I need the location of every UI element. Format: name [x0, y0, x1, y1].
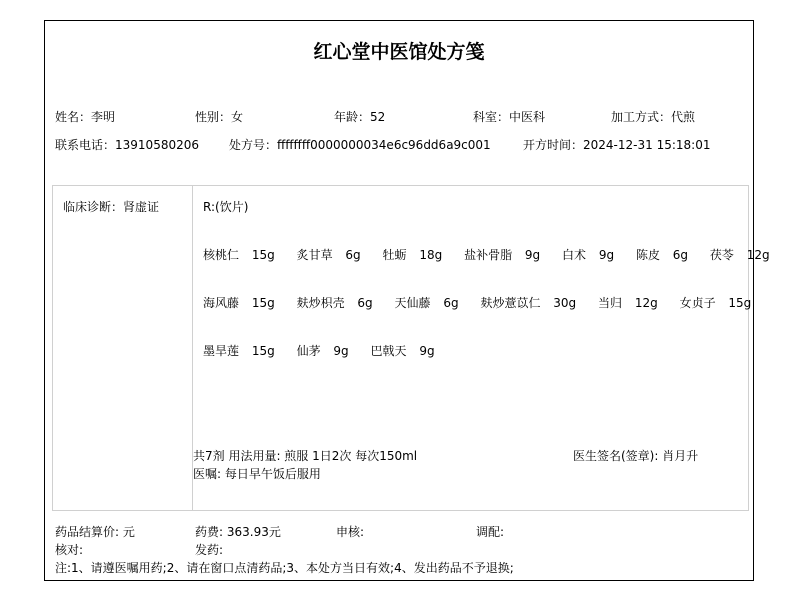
footer-row-3: 注:1、请遵医嘱用药;2、请在窗口点清药品;3、本处方当日有效;4、发出药品不予… — [55, 559, 743, 577]
patient-info-row-1: 姓名：李明 性别：女 年龄：52 科室：中医科 加工方式：代煎 — [55, 108, 743, 126]
diagnosis-value: 肾虚证 — [123, 200, 159, 214]
herb-item: 女贞子 15g — [680, 296, 761, 310]
herb-item: 当归 12g — [598, 296, 667, 310]
prescription-sheet: 红心堂中医馆处方笺 姓名：李明 性别：女 年龄：52 科室：中医科 加工方式：代… — [44, 20, 754, 581]
diagnosis-panel: 临床诊断：肾虚证 — [53, 186, 193, 510]
herb-item: 陈皮 6g — [636, 248, 697, 262]
dispense-field: 发药: — [195, 541, 223, 559]
rx-time: 2024-12-31 15:18:01 — [583, 138, 710, 152]
patient-name: 李明 — [91, 110, 115, 124]
herb-line-3: 墨旱莲 15g 仙茅 9g 巴戟天 9g — [203, 342, 453, 359]
patient-info-row-2: 联系电话：13910580206 处方号：ffffffff0000000034e… — [55, 136, 743, 154]
herb-item: 核桃仁 15g — [203, 248, 284, 262]
herb-item: 天仙藤 6g — [395, 296, 468, 310]
patient-age-field: 年龄：52 — [334, 108, 385, 125]
footer: 药品结算价: 元 药费: 363.93元 申核: 调配: 核对: 发药: 注:1… — [55, 523, 743, 577]
footer-row-2: 核对: 发药: — [55, 541, 743, 559]
herb-item: 海风藤 15g — [203, 296, 284, 310]
dosage-usage: 共7剂 用法用量: 煎服 1日2次 每次150ml — [193, 447, 417, 465]
rx-number-field: 处方号：ffffffff0000000034e6c96dd6a9c001 — [229, 136, 491, 153]
patient-gender-field: 性别：女 — [195, 108, 243, 125]
herb-item: 仙茅 9g — [297, 344, 358, 358]
settlement-price: 药品结算价: 元 — [55, 523, 135, 541]
doctor-name: 肖月升 — [662, 449, 698, 463]
herb-item: 炙甘草 6g — [297, 248, 370, 262]
clinical-diagnosis: 临床诊断：肾虚证 — [63, 198, 159, 215]
patient-gender: 女 — [231, 110, 243, 124]
herb-item: 麸炒薏苡仁 30g — [480, 296, 585, 310]
prescription-box: 临床诊断：肾虚证 R:(饮片) 核桃仁 15g 炙甘草 6g 牡蛎 18g 盐补… — [52, 185, 749, 511]
herb-item: 麸炒枳壳 6g — [297, 296, 382, 310]
herb-item: 墨旱莲 15g — [203, 344, 284, 358]
herb-item: 盐补骨脂 9g — [464, 248, 549, 262]
check-field: 核对: — [55, 541, 83, 559]
notes: 注:1、请遵医嘱用药;2、请在窗口点清药品;3、本处方当日有效;4、发出药品不予… — [55, 559, 514, 577]
processing-method: 代煎 — [671, 110, 695, 124]
herb-item: 巴戟天 9g — [371, 344, 444, 358]
rx-number: ffffffff0000000034e6c96dd6a9c001 — [277, 138, 491, 152]
patient-name-field: 姓名：李明 — [55, 108, 115, 125]
footer-row-1: 药品结算价: 元 药费: 363.93元 申核: 调配: — [55, 523, 743, 541]
phone: 13910580206 — [115, 138, 199, 152]
doctor-advice: 医嘱: 每日早午饭后服用 — [193, 465, 417, 483]
phone-field: 联系电话：13910580206 — [55, 136, 199, 153]
herb-line-1: 核桃仁 15g 炙甘草 6g 牡蛎 18g 盐补骨脂 9g 白术 9g 陈皮 6… — [203, 246, 788, 263]
herb-item: 白术 9g — [562, 248, 623, 262]
rx-type-label: R:(饮片) — [203, 198, 248, 215]
department-field: 科室：中医科 — [473, 108, 545, 125]
herb-item: 茯苓 12g — [710, 248, 779, 262]
processing-method-field: 加工方式：代煎 — [611, 108, 695, 125]
herb-item: 牡蛎 18g — [383, 248, 452, 262]
review-field: 申核: — [336, 523, 364, 541]
herbs-panel: R:(饮片) 核桃仁 15g 炙甘草 6g 牡蛎 18g 盐补骨脂 9g 白术 … — [193, 186, 748, 510]
patient-age: 52 — [370, 110, 385, 124]
rx-time-field: 开方时间：2024-12-31 15:18:01 — [523, 136, 710, 153]
dispense-mix-field: 调配: — [476, 523, 504, 541]
usage-instructions: 共7剂 用法用量: 煎服 1日2次 每次150ml 医嘱: 每日早午饭后服用 — [193, 447, 417, 483]
herb-line-2: 海风藤 15g 麸炒枳壳 6g 天仙藤 6g 麸炒薏苡仁 30g 当归 12g … — [203, 294, 769, 311]
drug-fee: 药费: 363.93元 — [195, 523, 281, 541]
page-title: 红心堂中医馆处方笺 — [45, 37, 753, 64]
doctor-signature: 医生签名(签章): 肖月升 — [573, 447, 703, 465]
department: 中医科 — [509, 110, 545, 124]
